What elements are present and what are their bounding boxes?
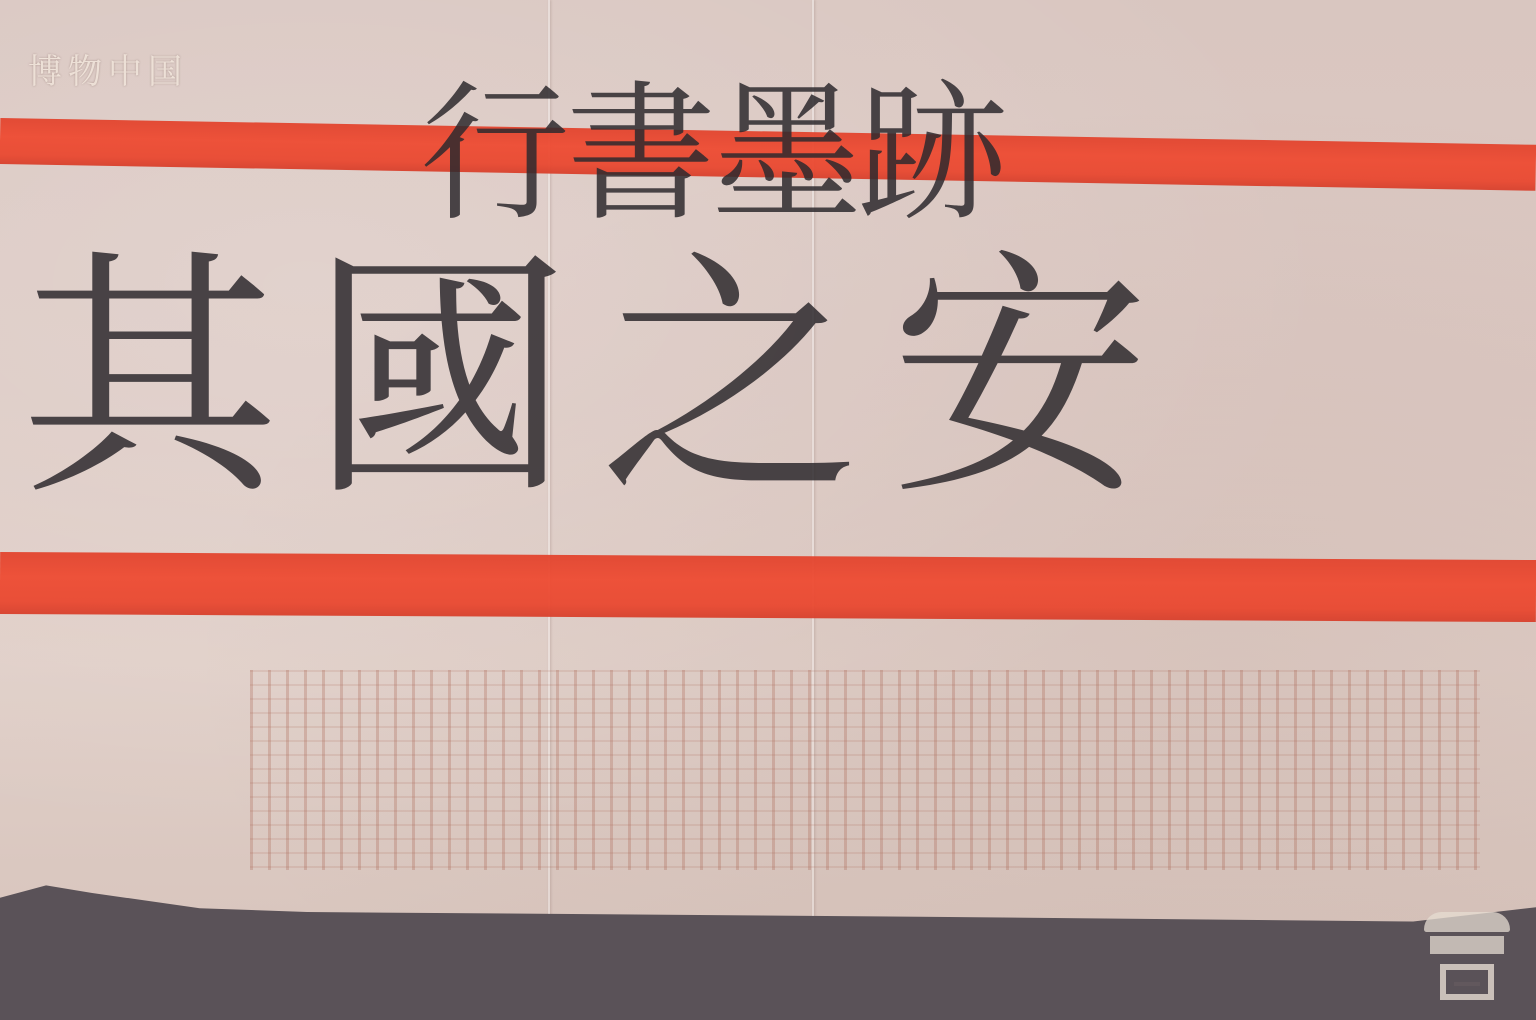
faded-stamp-characters <box>250 670 1480 870</box>
red-band-bottom <box>0 552 1536 622</box>
calligraphy-upper-line: 行書墨跡 <box>420 80 1004 230</box>
watermark-text: 博物中国 <box>28 44 188 93</box>
aged-paper-document: 行書墨跡 其國之安 <box>0 0 1536 950</box>
calligraphy-lower-line: 其國之安 <box>20 250 1180 510</box>
museum-logo-icon <box>1418 912 1516 1008</box>
